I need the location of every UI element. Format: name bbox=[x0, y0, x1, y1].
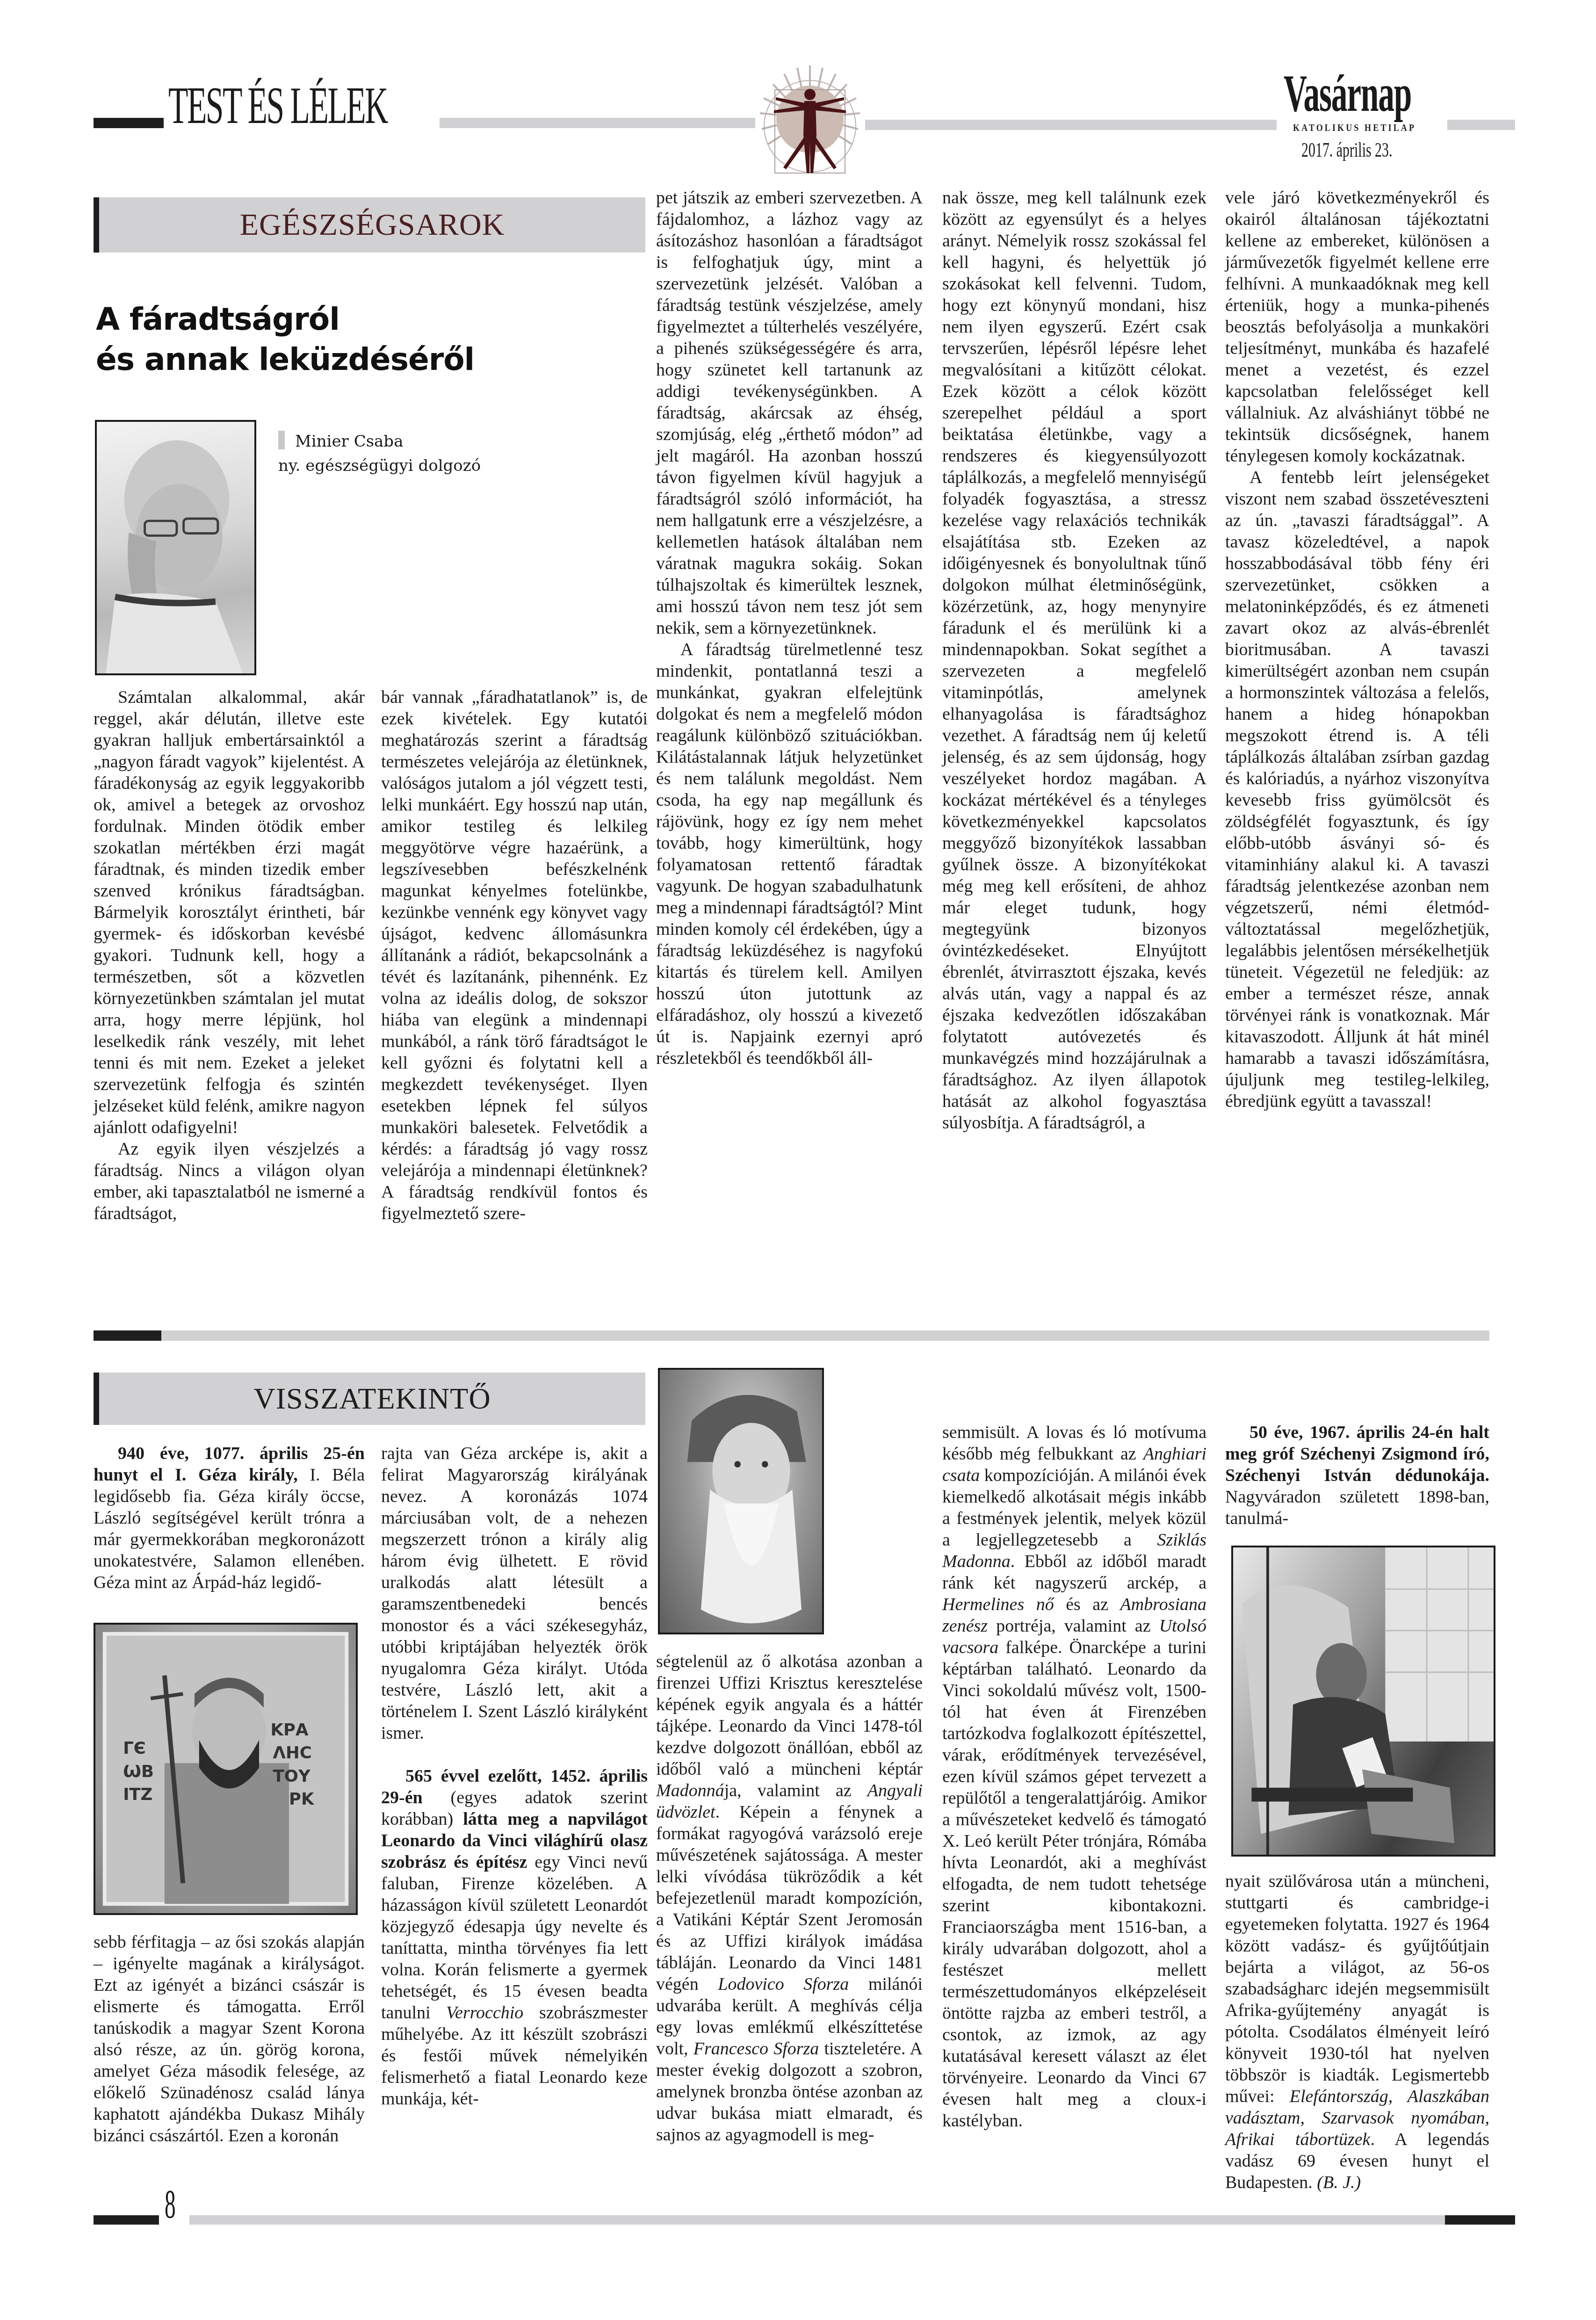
svg-text:ΙΤΖ: ΙΤΖ bbox=[123, 1785, 152, 1804]
footer-rule bbox=[189, 2215, 1445, 2225]
paragraph-geza: 940 éve, 1077. április 25-én hunyt el I.… bbox=[94, 1443, 365, 1593]
article-title-line2: és annak leküzdéséről bbox=[96, 341, 474, 377]
health-column-4: nak össze, meg kell találnunk ezek közöt… bbox=[942, 187, 1206, 1134]
leonardo-text: ja, valamint az bbox=[724, 1781, 867, 1800]
paragraph: Számtalan alkalommal, akár reggel, akár … bbox=[94, 687, 365, 1138]
szechenyi-text: Nagyváradon született 1898-ban, tanulmá- bbox=[1225, 1487, 1489, 1528]
health-column-1: Számtalan alkalommal, akár reggel, akár … bbox=[94, 687, 365, 1224]
footer-black-block-right bbox=[1445, 2215, 1515, 2225]
header-rule-left bbox=[440, 118, 755, 128]
leonardo-italic: Lodovico Sforza bbox=[718, 1974, 849, 1994]
separator-black-block bbox=[94, 1330, 161, 1341]
paragraph: pet játszik az emberi szervezetben. A fá… bbox=[656, 187, 923, 639]
health-column-2: bár vannak „fáradhatatlanok” is, de ezek… bbox=[381, 687, 648, 1224]
masthead-subtitle: KATOLIKUS HETILAP bbox=[1293, 122, 1416, 134]
section-box-retro: VISSZATEKINTŐ bbox=[94, 1373, 645, 1425]
vitruvian-man-icon bbox=[755, 56, 865, 178]
author-name: Minier Csaba bbox=[295, 432, 403, 451]
paragraph: A fáradtság türelmetlenné tesz mindenkit… bbox=[656, 639, 923, 1069]
byline-marker bbox=[278, 431, 285, 449]
szechenyi-reading-photo bbox=[1231, 1546, 1495, 1857]
paragraph: ségtelenül az ő alkotása azonban a firen… bbox=[656, 1651, 923, 2146]
masthead: Vasárnap KATOLIKUS HETILAP 2017. április… bbox=[1284, 70, 1447, 117]
paragraph: vele járó következményekről és okairól á… bbox=[1225, 187, 1489, 467]
retro-column-5: 50 éve, 1967. április 24-én halt meg gró… bbox=[1225, 1422, 1489, 1529]
article-title: A fáradtságról és annak leküzdéséről bbox=[96, 299, 474, 380]
retro-column-4: semmisült. A lovas és ló motívuma később… bbox=[942, 1422, 1206, 2132]
retro-column-2: rajta van Géza arcképe is, akit a felira… bbox=[381, 1443, 648, 2110]
leonardo-italic: Hermelines nő bbox=[942, 1595, 1054, 1614]
paragraph: bár vannak „fáradhatatlanok” is, de ezek… bbox=[381, 687, 648, 1224]
footer-black-block-left bbox=[94, 2215, 159, 2225]
leonardo-italic: Verrocchio bbox=[446, 2003, 523, 2023]
author-role: ny. egészségügyi dolgozó bbox=[278, 454, 481, 478]
szechenyi-text: nyait szülővárosa után a müncheni, stutt… bbox=[1225, 1872, 1489, 2106]
retro-column-1: 940 éve, 1077. április 25-én hunyt el I.… bbox=[94, 1443, 365, 1593]
retro-column-1-continued: sebb férfitagja – az ősi szokás alapján … bbox=[94, 1931, 365, 2147]
paragraph: Az egyik ilyen vészjelzés a fáradtság. N… bbox=[94, 1138, 365, 1224]
paragraph: semmisült. A lovas és ló motívuma később… bbox=[942, 1422, 1206, 2132]
leonardo-text: falképe. Önarcképe a turini képtárban ta… bbox=[942, 1638, 1206, 2131]
leonardo-text: ségtelenül az ő alkotása azonban a firen… bbox=[656, 1652, 923, 1779]
paragraph: A fentebb leírt jelenségeket viszont nem… bbox=[1225, 467, 1489, 1112]
author-signature: (B. J.) bbox=[1317, 2173, 1361, 2192]
paragraph: rajta van Géza arcképe is, akit a felira… bbox=[381, 1443, 648, 1744]
section-label-health: EGÉSZSÉGSAROK bbox=[240, 207, 505, 243]
paragraph: sebb férfitagja – az ősi szokás alapján … bbox=[94, 1931, 365, 2147]
retro-column-3: ségtelenül az ő alkotása azonban a firen… bbox=[656, 1651, 923, 2146]
masthead-name: Vasárnap bbox=[1284, 70, 1385, 117]
leonardo-text: egy Vinci nevű faluban, Firenze közelébe… bbox=[381, 1852, 648, 2023]
leonardo-text: portréja, valamint az bbox=[988, 1616, 1159, 1636]
paragraph: nyait szülővárosa után a müncheni, stutt… bbox=[1225, 1871, 1489, 2193]
article-title-line1: A fáradtságról bbox=[96, 301, 339, 337]
page-number: 8 bbox=[165, 2184, 176, 2224]
header-rule-right bbox=[1447, 120, 1515, 130]
leonardo-italic: Madonná bbox=[656, 1781, 724, 1800]
leonardo-text: és az bbox=[1054, 1595, 1120, 1614]
health-column-3: pet játszik az emberi szervezetben. A fá… bbox=[656, 187, 923, 1069]
section-label-retro: VISSZATEKINTŐ bbox=[253, 1381, 491, 1416]
svg-text:ΚΡΑ: ΚΡΑ bbox=[271, 1720, 309, 1740]
geza-icon-enamel-image: ΓЄѠBΙΤΖ ΚΡΑΛΗϹΤΟΥΡΚ bbox=[94, 1623, 358, 1915]
section-box-health: EGÉSZSÉGSAROK bbox=[94, 197, 645, 253]
paragraph-leonardo: 565 évvel ezelőtt, 1452. április 29-én (… bbox=[381, 1765, 648, 2110]
header-black-block bbox=[94, 118, 164, 128]
byline: Minier Csaba ny. egészségügyi dolgozó bbox=[278, 429, 481, 478]
svg-text:ΤΟΥ: ΤΟΥ bbox=[273, 1767, 311, 1786]
health-column-5: vele járó következményekről és okairól á… bbox=[1225, 187, 1489, 1112]
section-separator bbox=[94, 1330, 1489, 1341]
svg-text:ΓЄ: ΓЄ bbox=[123, 1739, 146, 1758]
header-rule-middle bbox=[865, 120, 1277, 130]
retro-column-5-continued: nyait szülővárosa után a müncheni, stutt… bbox=[1225, 1871, 1489, 2193]
szechenyi-lead: 50 éve, 1967. április 24-én halt meg gró… bbox=[1225, 1423, 1489, 1485]
svg-text:ѠB: ѠB bbox=[123, 1762, 154, 1781]
svg-text:ΡΚ: ΡΚ bbox=[289, 1790, 315, 1809]
issue-date: 2017. április 23. bbox=[1301, 138, 1392, 162]
paragraph: nak össze, meg kell találnunk ezek közöt… bbox=[942, 187, 1206, 1134]
author-portrait-photo bbox=[95, 420, 256, 675]
svg-text:ΛΗϹ: ΛΗϹ bbox=[273, 1743, 312, 1763]
leonardo-text: . Képein a fénynek a formákat ragyogóvá … bbox=[656, 1802, 923, 1994]
leonardo-portrait-image bbox=[658, 1368, 824, 1634]
paragraph-szechenyi: 50 éve, 1967. április 24-én halt meg gró… bbox=[1225, 1422, 1489, 1529]
section-title: TEST ÉS LÉLEK bbox=[168, 80, 387, 132]
leonardo-italic: Francesco Sforza bbox=[693, 2039, 819, 2059]
